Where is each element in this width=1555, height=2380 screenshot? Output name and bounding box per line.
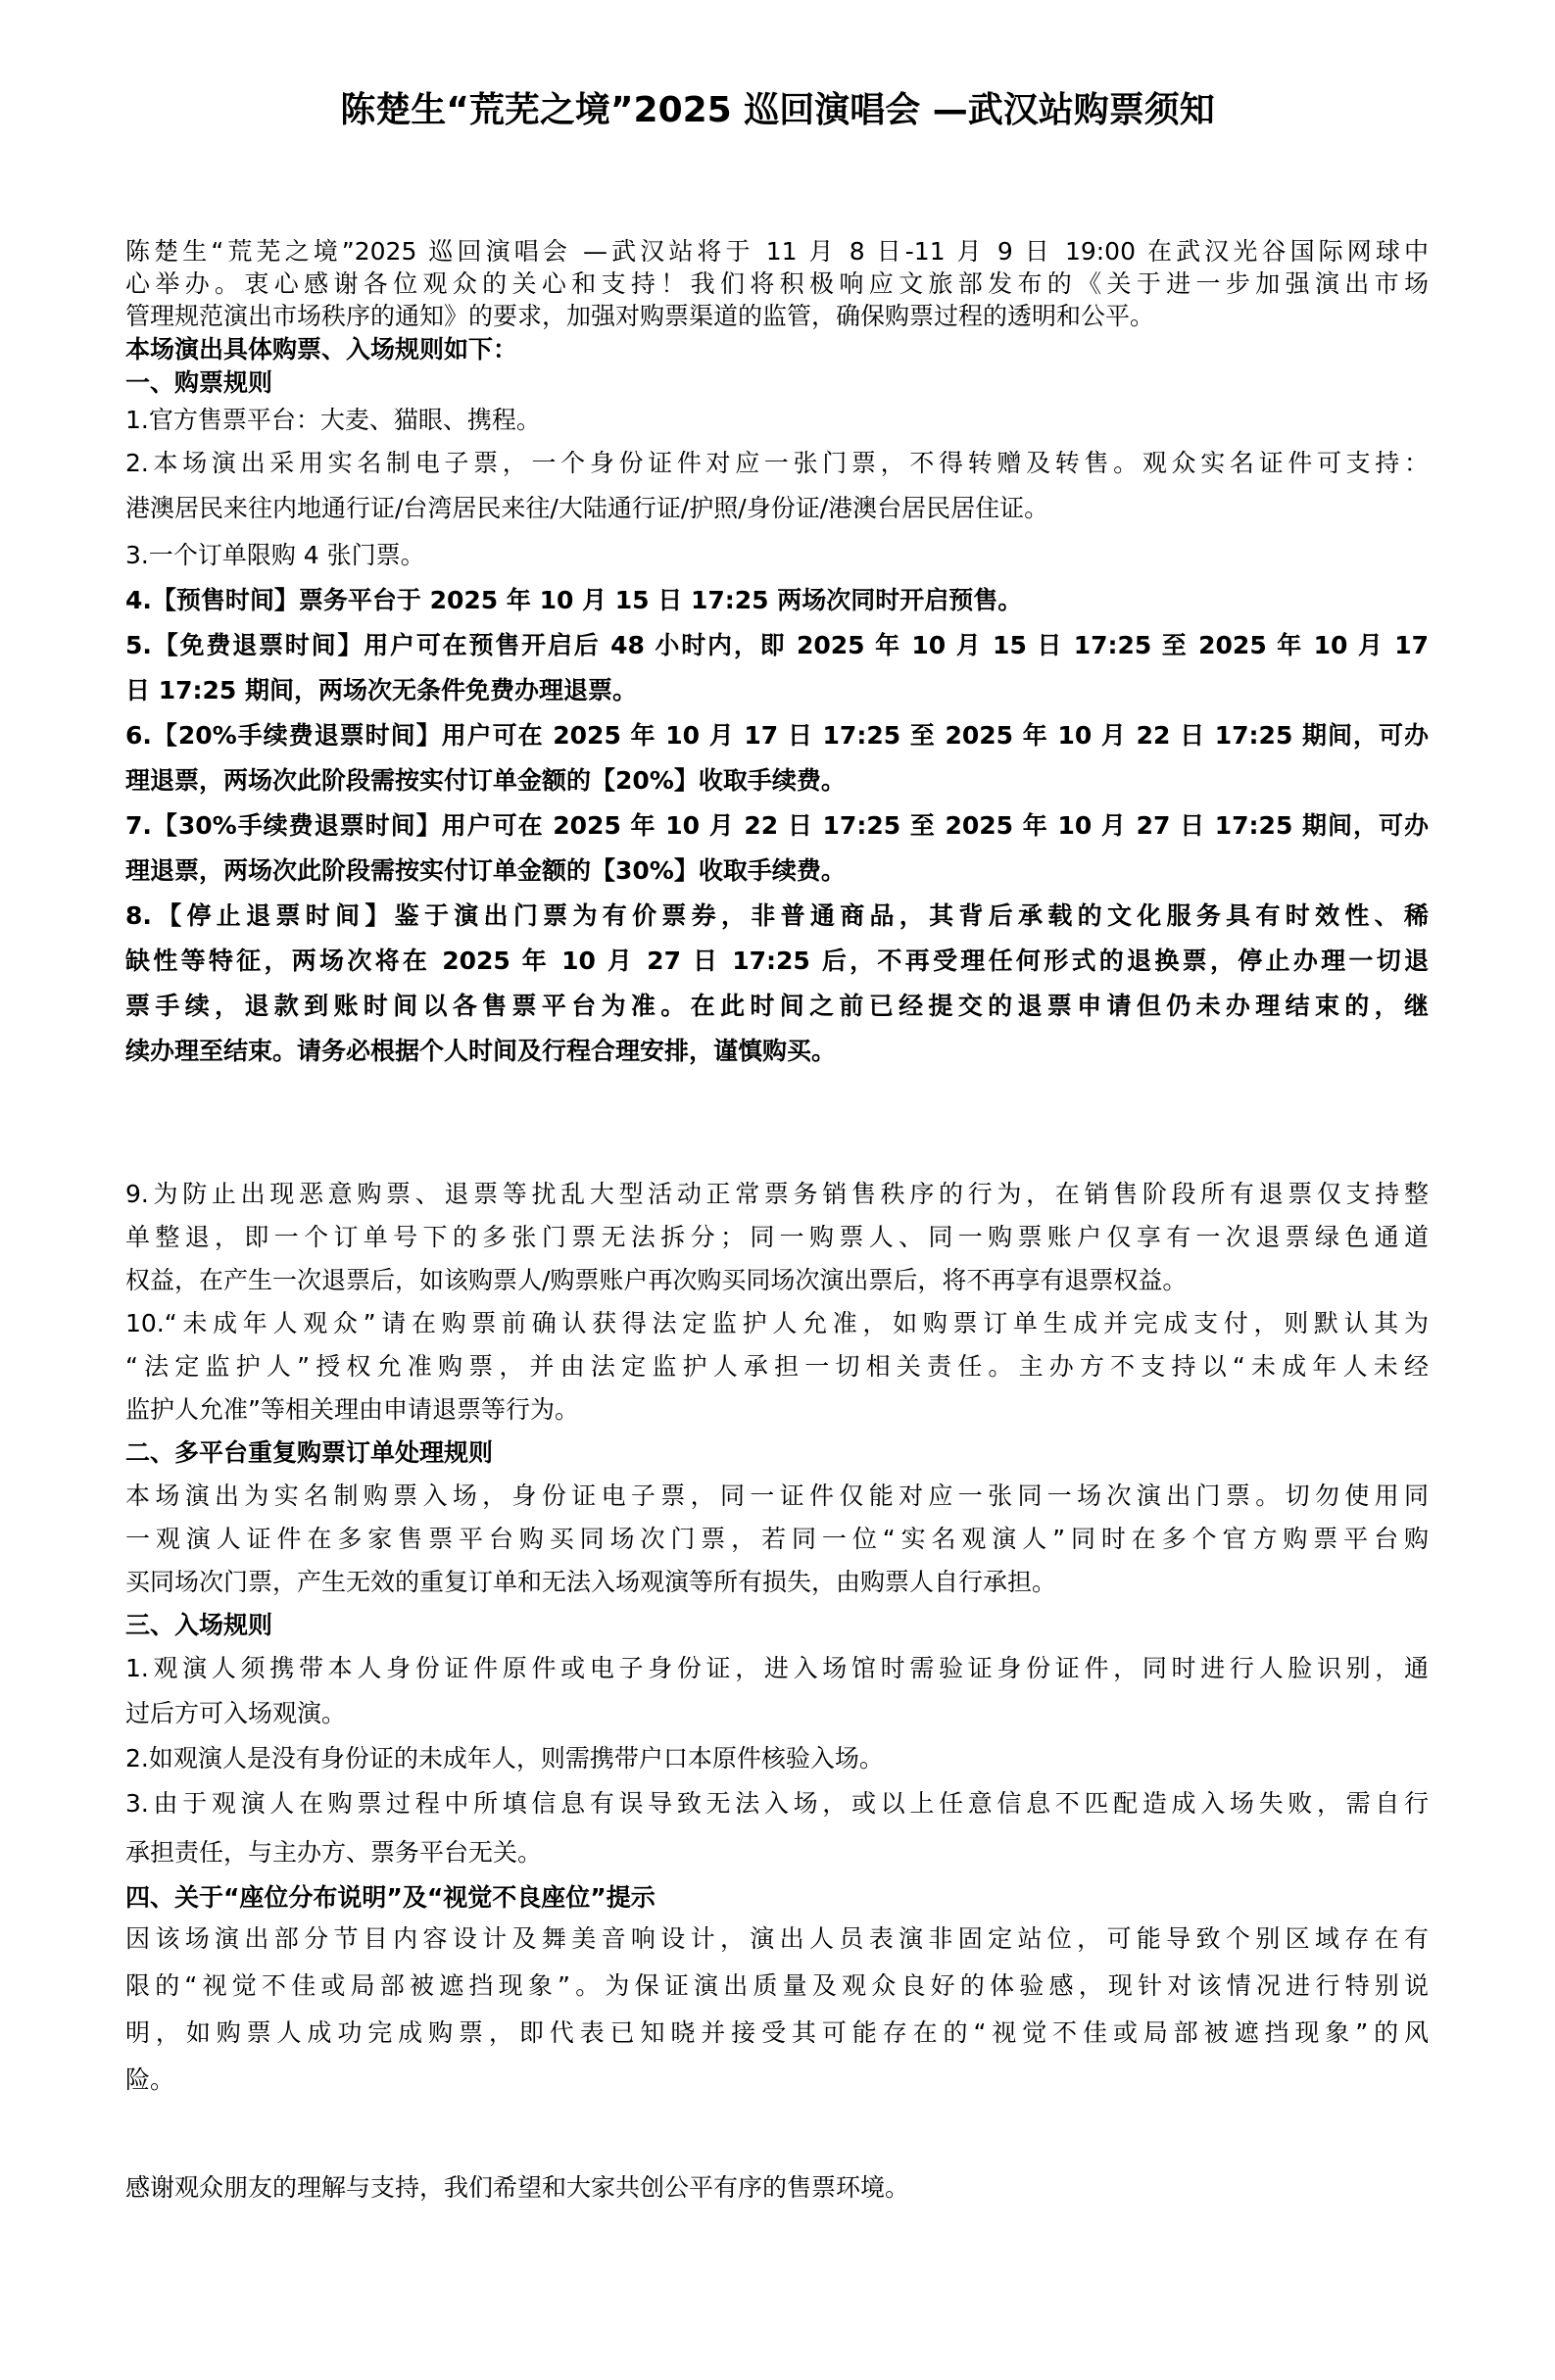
section-heading-duplicate-orders: 二、多平台重复购票订单处理规则: [125, 1436, 493, 1470]
duplicate-orders-text: 买同场次门票，产生无效的重复订单和无法入场观演等所有损失，由购票人自行承担。: [125, 1566, 1056, 1599]
rule-item-2: 2.本场演出采用实名制电子票，一个身份证件对应一张门票，不得转赠及转售。观众实名…: [125, 447, 1429, 480]
closing-statement: 感谢观众朋友的理解与支持，我们希望和大家共创公平有序的售票环境。: [125, 2171, 909, 2205]
rule-item-1: 1.官方售票平台：大麦、猫眼、携程。: [125, 404, 541, 437]
rule-item-8-cont: 续办理至结束。请务必根据个人时间及行程合理安排，谨慎购买。: [125, 1035, 836, 1068]
rule-item-10-cont: “法定监护人”授权允准购票，并由法定监护人承担一切相关责任。主办方不支持以“未成…: [125, 1350, 1429, 1384]
rules-intro: 本场演出具体购票、入场规则如下：: [125, 333, 517, 366]
section-heading-entry-rules: 三、入场规则: [125, 1609, 272, 1642]
rule-item-7-cont: 理退票，两场次此阶段需按实付订单金额的【30%】收取手续费。: [125, 854, 846, 888]
seating-notice-text: 限的“视觉不佳或局部被遮挡现象”。为保证演出质量及观众良好的体验感，现针对该情况…: [125, 1969, 1429, 2003]
intro-line: 陈楚生“荒芜之境”2025 巡回演唱会 —武汉站将于 11 月 8 日-11 月…: [125, 235, 1429, 268]
duplicate-orders-text: 一观演人证件在多家售票平台购买同场次门票，若同一位“实名观演人”同时在多个官方购…: [125, 1523, 1429, 1556]
intro-line: 心举办。衷心感谢各位观众的关心和支持！我们将积极响应文旅部发布的《关于进一步加强…: [125, 267, 1429, 301]
rule-item-6-cont: 理退票，两场次此阶段需按实付订单金额的【20%】收取手续费。: [125, 764, 846, 798]
rule-item-3: 3.一个订单限购 4 张门票。: [125, 539, 425, 572]
rule-item-2-cont: 港澳居民来往内地通行证/台湾居民来往/大陆通行证/护照/身份证/港澳台居民居住证…: [125, 492, 1048, 525]
entry-rule-3: 3.由于观演人在购票过程中所填信息有误导致无法入场，或以上任意信息不匹配造成入场…: [125, 1787, 1429, 1821]
entry-rule-1: 1.观演人须携带本人身份证件原件或电子身份证，进入场馆时需验证身份证件，同时进行…: [125, 1652, 1429, 1685]
document-page: 陈楚生“荒芜之境”2025 巡回演唱会 —武汉站购票须知 陈楚生“荒芜之境”20…: [0, 0, 1555, 2380]
duplicate-orders-text: 本场演出为实名制购票入场，身份证电子票，同一证件仅能对应一张同一场次演出门票。切…: [125, 1480, 1429, 1513]
section-heading-ticket-rules: 一、购票规则: [125, 366, 272, 400]
section-heading-seating-notice: 四、关于“座位分布说明”及“视觉不良座位”提示: [125, 1881, 656, 1915]
entry-rule-3-cont: 承担责任，与主办方、票务平台无关。: [125, 1836, 542, 1870]
rule-item-8-cont: 缺性等特征，两场次将在 2025 年 10 月 27 日 17:25 后，不再受…: [125, 945, 1429, 978]
seating-notice-text: 明，如购票人成功完成购票，即代表已知晓并接受其可能存在的“视觉不佳或局部被遮挡现…: [125, 2016, 1429, 2050]
rule-item-7-30pct-refund: 7.【30%手续费退票时间】用户可在 2025 年 10 月 22 日 17:2…: [125, 809, 1429, 843]
entry-rule-2: 2.如观演人是没有身份证的未成年人，则需携带户口本原件核验入场。: [125, 1742, 884, 1775]
rule-item-8-cont: 票手续，退款到账时间以各售票平台为准。在此时间之前已经提交的退票申请但仍未办理结…: [125, 990, 1429, 1023]
rule-item-9-cont: 权益，在产生一次退票后，如该购票人/购票账户再次购买同场次演出票后，将不再享有退…: [125, 1264, 1187, 1297]
seating-notice-text: 因该场演出部分节目内容设计及舞美音响设计，演出人员表演非固定站位，可能导致个别区…: [125, 1922, 1429, 1956]
rule-item-5-cont: 日 17:25 期间，两场次无条件免费办理退票。: [125, 674, 637, 707]
rule-item-9-cont: 单整退，即一个订单号下的多张门票无法拆分；同一购票人、同一购票账户仅享有一次退票…: [125, 1221, 1429, 1254]
rule-item-6-20pct-refund: 6.【20%手续费退票时间】用户可在 2025 年 10 月 17 日 17:2…: [125, 719, 1429, 753]
rule-item-10-cont: 监护人允准”等相关理由申请退票等行为。: [125, 1393, 579, 1427]
rule-item-10-minors: 10.“未成年人观众”请在购票前确认获得法定监护人允准，如购票订单生成并完成支付…: [125, 1307, 1429, 1340]
rule-item-5-free-refund: 5.【免费退票时间】用户可在预售开启后 48 小时内，即 2025 年 10 月…: [125, 629, 1429, 662]
intro-line: 管理规范演出市场秩序的通知》的要求，加强对购票渠道的监管，确保购票过程的透明和公…: [125, 300, 1429, 333]
entry-rule-1-cont: 过后方可入场观演。: [125, 1697, 346, 1730]
document-title: 陈楚生“荒芜之境”2025 巡回演唱会 —武汉站购票须知: [0, 86, 1555, 135]
rule-item-9: 9.为防止出现恶意购票、退票等扰乱大型活动正常票务销售秩序的行为，在销售阶段所有…: [125, 1178, 1429, 1211]
rule-item-4-presale: 4.【预售时间】票务平台于 2025 年 10 月 15 日 17:25 两场次…: [125, 584, 1022, 617]
rule-item-8-stop-refund: 8.【停止退票时间】鉴于演出门票为有价票券，非普通商品，其背后承载的文化服务具有…: [125, 899, 1429, 933]
seating-notice-text: 险。: [125, 2064, 174, 2097]
